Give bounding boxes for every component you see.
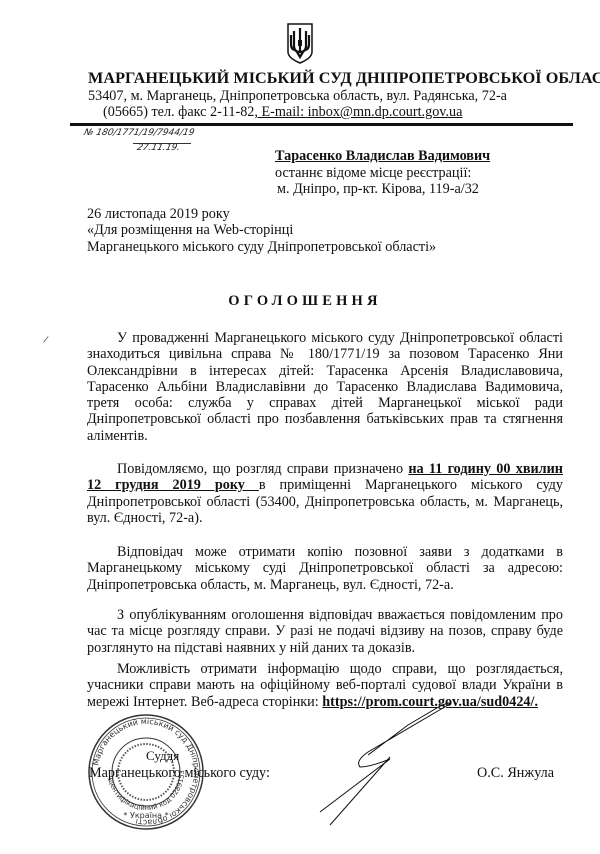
recipient-note: останнє відоме місце реєстрації: bbox=[275, 165, 490, 182]
margin-mark: / bbox=[42, 334, 49, 346]
notice-title: ОГОЛОШЕННЯ bbox=[0, 293, 600, 310]
court-contact: (05665) тел. факс 2-11-82, E-mail: inbox… bbox=[103, 104, 462, 121]
contact-email-link[interactable]: inbox@mn.dp.court.gov.ua bbox=[308, 104, 463, 120]
paragraph-text: З опублікуванням оголошення відповідач в… bbox=[87, 607, 563, 656]
recipient-name: Тарасенко Владислав Вадимович bbox=[275, 148, 490, 165]
recipient-address: м. Дніпро, пр-кт. Кірова, 119-а/32 bbox=[275, 181, 490, 198]
dated-block: 26 листопада 2019 року «Для розміщення н… bbox=[87, 206, 436, 255]
paragraph-hearing-date: Повідомляємо, що розгляд справи призначе… bbox=[87, 461, 563, 526]
judge-title: Суддя bbox=[146, 748, 179, 764]
handwritten-reference: № 180/1771/19/7944/19 bbox=[83, 128, 195, 138]
header-divider bbox=[70, 123, 573, 126]
purpose-line-2: Марганецького міського суду Дніпропетров… bbox=[87, 239, 436, 255]
handwritten-date: 27.11.19. bbox=[136, 143, 181, 153]
letter-date: 26 листопада 2019 року bbox=[87, 206, 436, 222]
contact-phone: (05665) тел. факс 2-11-82 bbox=[103, 104, 254, 120]
paragraph-text: Повідомляємо, що розгляд справи призначе… bbox=[117, 461, 408, 477]
paragraph-notification: З опублікуванням оголошення відповідач в… bbox=[87, 607, 563, 656]
signer-name: О.С. Янжула bbox=[477, 765, 554, 782]
recipient-block: Тарасенко Владислав Вадимович останнє ві… bbox=[275, 148, 490, 198]
court-label: Марганецького міського суду: bbox=[89, 765, 270, 781]
paragraph-case-info: У провадженні Марганецького міського суд… bbox=[87, 330, 563, 444]
paragraph-claim-copy: Відповідач може отримати копію позовної … bbox=[87, 544, 563, 593]
svg-text:* Україна *: * Україна * bbox=[123, 811, 168, 820]
court-title: МАРГАНЕЦЬКИЙ МІСЬКИЙ СУД ДНІПРОПЕТРОВСЬК… bbox=[88, 69, 588, 88]
handwritten-signature bbox=[300, 697, 500, 827]
paragraph-text: У провадженні Марганецького міського суд… bbox=[87, 330, 563, 444]
court-address: 53407, м. Марганець, Дніпропетровська об… bbox=[88, 88, 507, 105]
contact-email-label: , E-mail: bbox=[254, 104, 307, 120]
judge-signature-label: Суддя Марганецького міського суду: bbox=[89, 765, 270, 782]
trident-emblem-icon bbox=[286, 22, 314, 64]
purpose-line-1: «Для розміщення на Web-сторінці bbox=[87, 222, 436, 238]
paragraph-text: Відповідач може отримати копію позовної … bbox=[87, 544, 563, 593]
